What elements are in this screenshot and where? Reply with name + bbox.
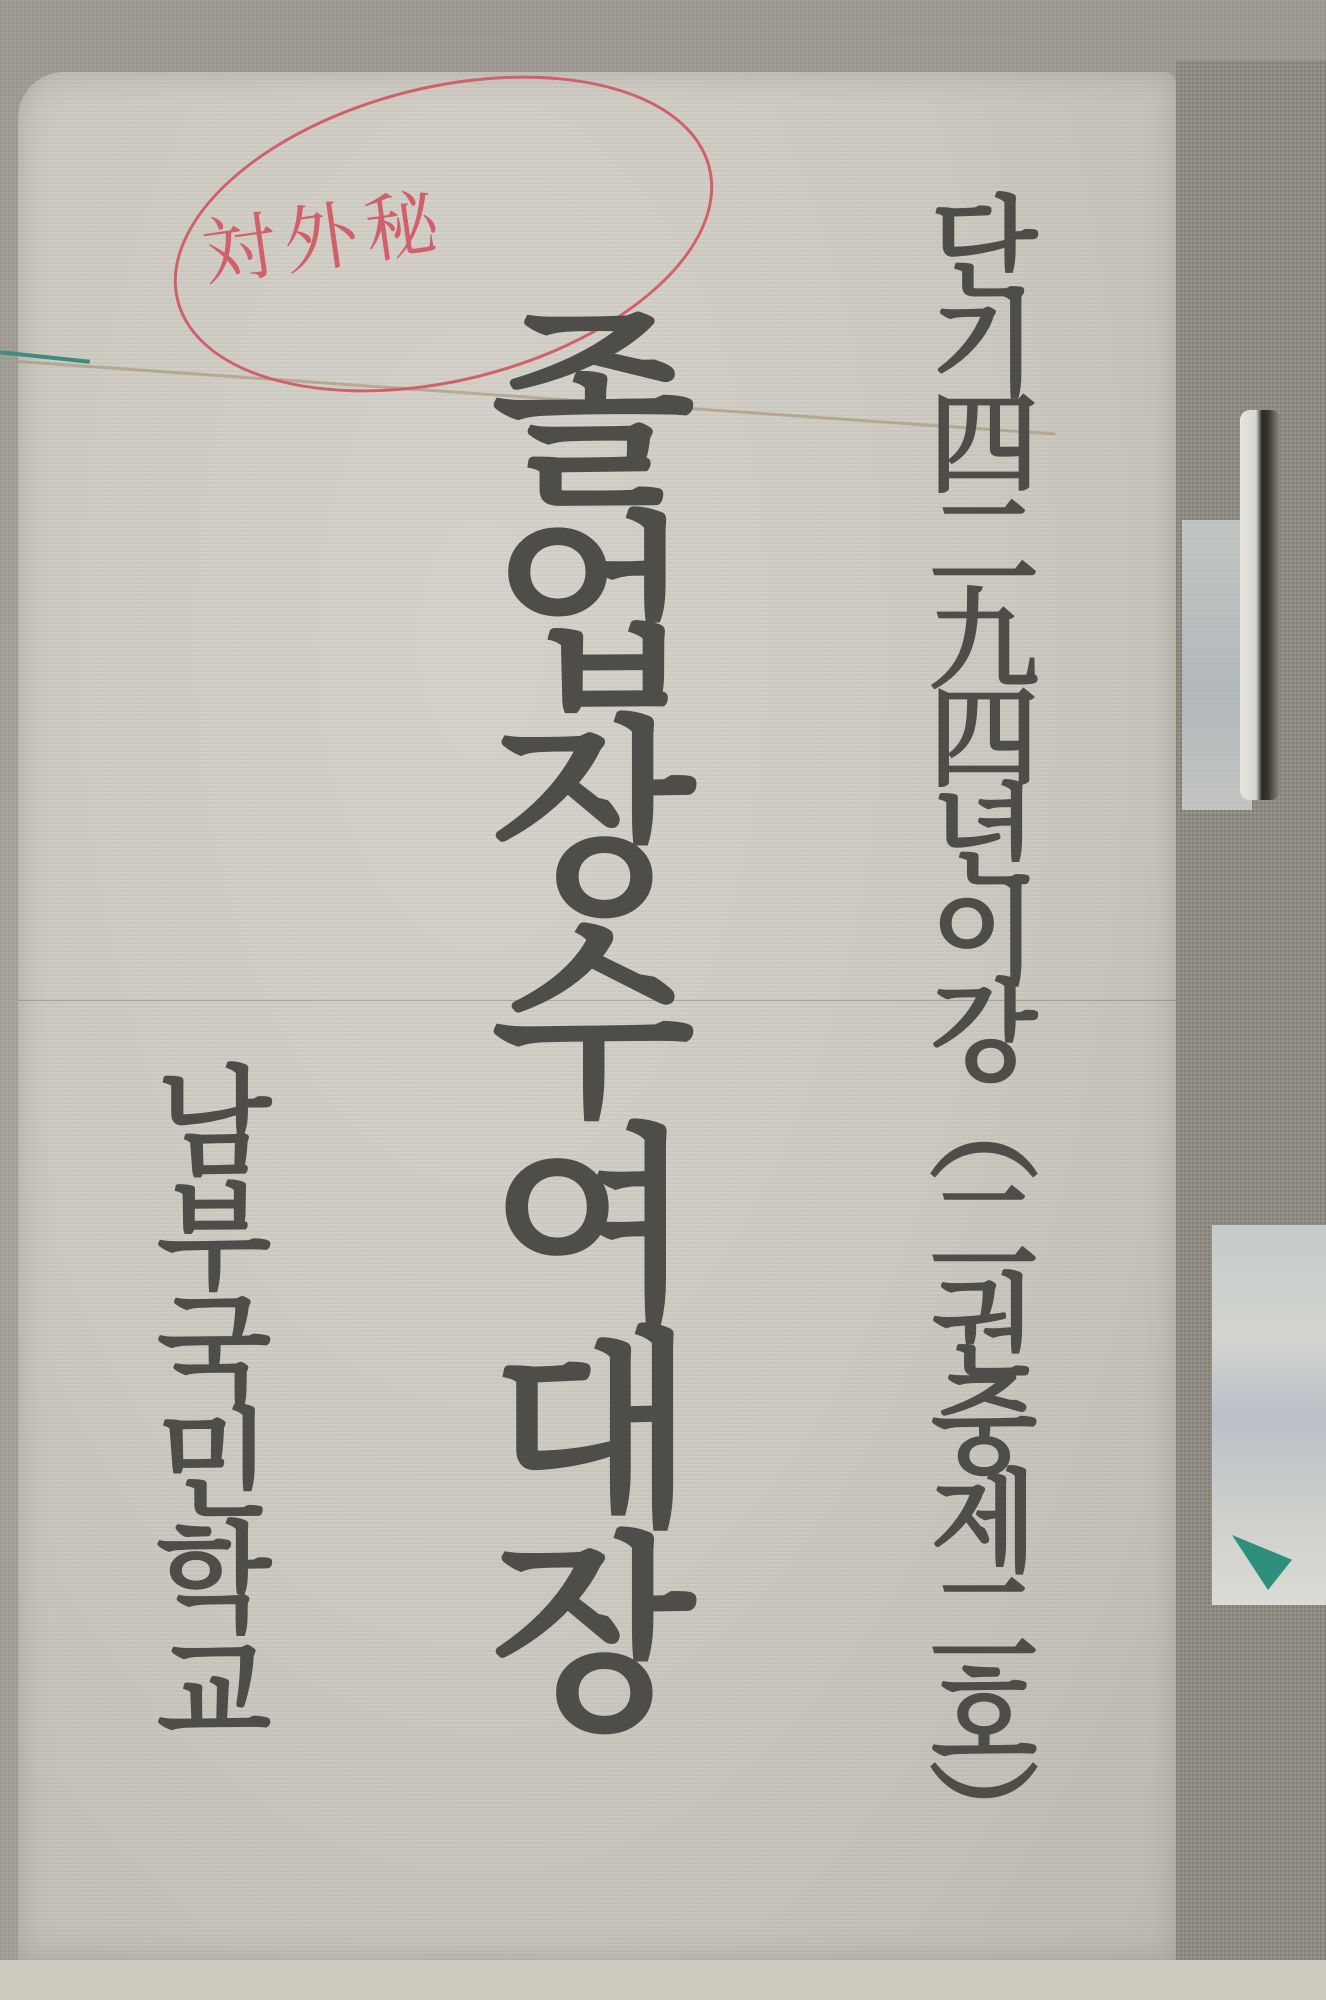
date-volume-line: 단기四二九四년이강（二권중제二호） xyxy=(920,190,1030,1856)
repair-tape xyxy=(1212,1225,1326,1605)
spine-tear xyxy=(1240,410,1280,800)
school-name: 남부국민학교 xyxy=(145,1060,263,1744)
document-title: 졸업장수여대장 xyxy=(470,300,680,1728)
book-spine-binding xyxy=(1176,60,1326,1960)
scan-bottom-margin xyxy=(0,1960,1326,2000)
